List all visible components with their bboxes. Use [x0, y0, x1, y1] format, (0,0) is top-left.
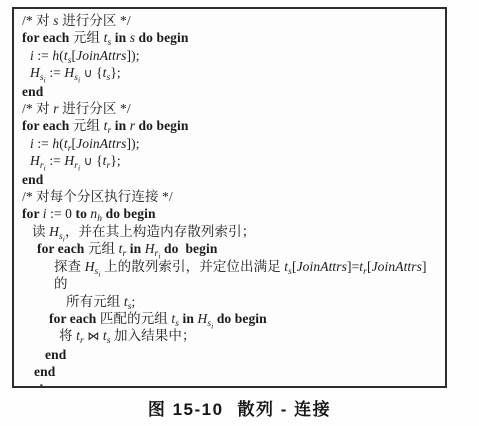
code-line-comment-join: /* 对每个分区执行连接 */	[22, 188, 439, 205]
code-line-read-hsi: 读 Hsi，并在其上构造内存散列索引；	[22, 223, 439, 240]
code-line-for-i-loop: for i := 0 to nh do begin	[22, 205, 439, 222]
code-line-comment-partition-s: /* 对 s 进行分区 */	[22, 12, 439, 29]
code-line-hash-assign-s: i := h(ts[JoinAttrs]);	[22, 47, 439, 64]
code-line-end-4: end	[22, 363, 439, 380]
code-line-for-each-tr-in-hri: for each 元组 tr in Hri do begin	[22, 240, 439, 257]
code-line-union-s: Hsi := Hsi ∪ {ts};	[22, 64, 439, 82]
figure-caption: 图 15-10散列 - 连接	[0, 395, 479, 420]
code-line-end-1: end	[22, 83, 439, 100]
code-line-end-3: end	[22, 346, 439, 363]
code-line-add-result: 将 tr ⋈ ts 加入结果中；	[22, 327, 439, 345]
code-line-for-each-match: for each 匹配的元组 ts in Hsi do begin	[22, 310, 439, 327]
code-line-all-tuples: 所有元组 ts;	[22, 293, 439, 310]
code-line-end-5: end	[22, 381, 439, 388]
pseudocode-box: /* 对 s 进行分区 */ for each 元组 ts in s do be…	[12, 7, 447, 388]
code-line-for-each-tr: for each 元组 tr in r do begin	[22, 117, 439, 134]
figure-label: 图 15-10	[148, 400, 224, 419]
code-line-union-r: Hri := Hri ∪ {tr};	[22, 152, 439, 170]
code-line-comment-partition-r: /* 对 r 进行分区 */	[22, 100, 439, 117]
scanned-book-figure: /* 对 s 进行分区 */ for each 元组 ts in s do be…	[0, 0, 479, 426]
code-line-end-2: end	[22, 171, 439, 188]
figure-title: 散列 - 连接	[238, 400, 332, 419]
code-line-hash-assign-r: i := h(tr[JoinAttrs]);	[22, 135, 439, 152]
code-line-for-each-ts: for each 元组 ts in s do begin	[22, 29, 439, 46]
code-line-probe-index: 探查 Hsi 上的散列索引，并定位出满足 ts[JoinAttrs]=tr[Jo…	[22, 258, 439, 293]
